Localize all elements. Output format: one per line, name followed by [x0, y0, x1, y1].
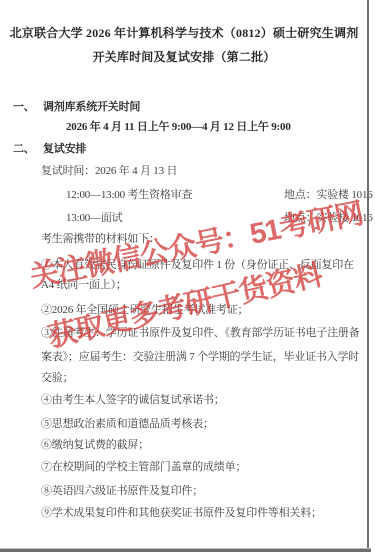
- material-line: ④由考生本人签字的诚信复试承诺书；: [41, 391, 225, 409]
- material-line: ⑤思想政治素质和道德品质考核表；: [41, 415, 214, 433]
- section1-heading: 一、调剂库系统开关时间: [13, 98, 140, 116]
- material-line: ⑥缴纳复试费的截屏；: [41, 436, 149, 454]
- doc-title-line1: 北京联合大学 2026 年计算机科学与技术（0812）硕士研究生调剂: [0, 24, 368, 42]
- section2-title: 复试安排: [43, 143, 86, 155]
- material-line: 案表》；应届考生：交验注册满 7 个学期的学生证，毕业证书入学时: [41, 348, 359, 366]
- schedule-row-2-activity: 13:00—面试: [66, 212, 122, 224]
- material-line: A4 纸同一面上）；: [41, 276, 127, 294]
- material-line: ⑧英语四六级证书原件及复印件；: [41, 482, 203, 500]
- retest-time-line: 复试时间：2026 年 4 月 13 日: [41, 162, 177, 180]
- material-line: ②2026 年全国硕士研究生招生考试准考证；: [41, 301, 248, 319]
- section2-marker: 二、: [13, 140, 43, 158]
- page-edge-bottom: [0, 548, 371, 552]
- section1-marker: 一、: [13, 98, 43, 116]
- schedule-row-1: 12:00—13:00 考生资格审查地点：实验楼 1016: [66, 186, 366, 204]
- material-line: ③往届考生：学历证书原件及复印件、《教育部学历证书电子注册备: [41, 324, 360, 342]
- material-line: 交验；: [41, 369, 73, 387]
- material-line: ⑨学术成果复印件和其他获奖证书原件及复印件等相关料；: [41, 504, 322, 522]
- section1-title: 调剂库系统开关时间: [43, 101, 140, 113]
- material-line: ①本人有效居民身份证原件及复印件 1 份（身份证正、反面复印在: [41, 256, 354, 274]
- schedule-row-1-location: 地点：实验楼 1016: [284, 186, 373, 204]
- schedule-row-1-activity: 12:00—13:00 考生资格审查: [66, 189, 192, 201]
- schedule-row-2: 13:00—面试地点：实验楼 1016: [66, 209, 366, 227]
- material-line: ⑦在校期间的学校主管部门盖章的成绩单；: [41, 458, 246, 476]
- materials-intro: 考生需携带的材料如下：: [41, 230, 160, 248]
- section1-time-line: 2026 年 4 月 11 日上午 9:00—4 月 12 日上午 9:00: [66, 118, 291, 136]
- section2-heading: 二、复试安排: [13, 140, 86, 158]
- schedule-row-2-location: 地点：实验楼 1016: [284, 209, 373, 227]
- doc-title-line2: 开关库时间及复试安排（第二批）: [0, 48, 368, 66]
- document-page: 北京联合大学 2026 年计算机科学与技术（0812）硕士研究生调剂 开关库时间…: [0, 0, 375, 560]
- page-edge-right: [367, 0, 369, 551]
